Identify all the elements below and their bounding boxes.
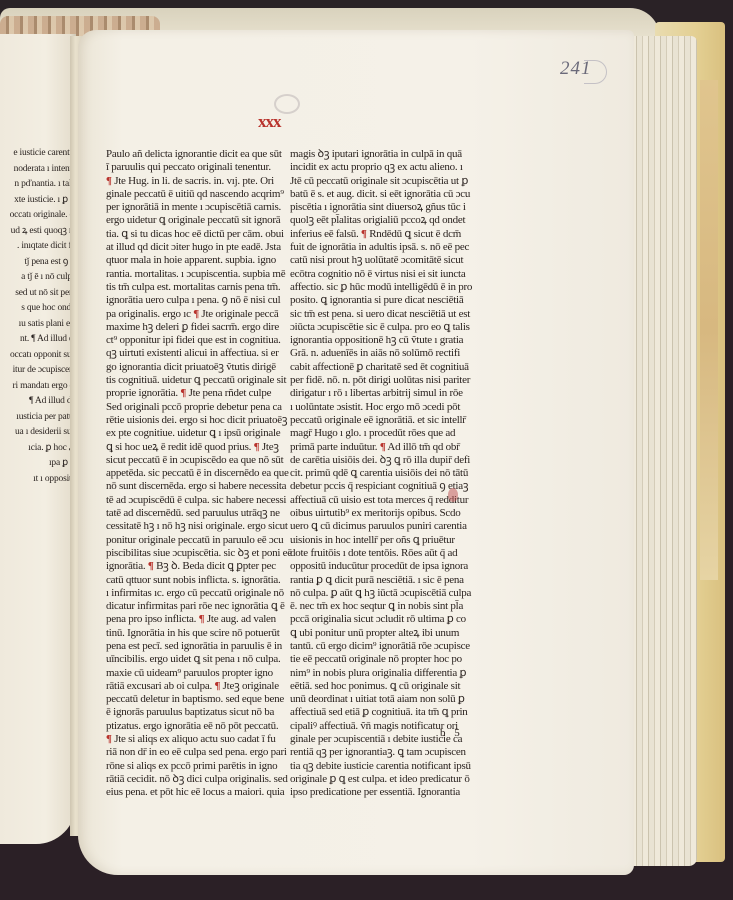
text-line: at illud qd dicit ɔiter hugo in pte eadē… <box>106 241 294 254</box>
text-line: uisionis in hoc intellr̄ per oñs ꝗ priuē… <box>290 534 482 547</box>
text-line: appetēda. sic peccatū ē in discernēdo ea… <box>106 467 294 480</box>
text-line: rōne si aliqs ex pccō primi parētis in i… <box>106 760 294 773</box>
rubric-paragraph-mark: ¶ <box>193 308 199 320</box>
text-line: pena est pecī. sed ignorātia in paruulis… <box>106 640 294 653</box>
text-line: tis cognitiuā. uidetur ꝗ peccatū origina… <box>106 374 294 387</box>
text-line: oibus uirtutib⁹ ex meritorijs opibus. Sc… <box>290 507 482 520</box>
text-line: occatı originale. et <box>0 208 76 224</box>
text-column-right: magis ꝺꝫ iputari ignorātia in culpā in q… <box>290 148 482 800</box>
folio-pencil-mark <box>584 60 607 84</box>
text-line: ıt ı opposito <box>0 472 76 488</box>
rubric-paragraph-mark: ¶ <box>148 560 154 572</box>
text-line: e iusticie carentia <box>0 146 76 162</box>
rubric-paragraph-mark: ¶ <box>214 680 220 692</box>
text-line: n pďnantia. ı talo <box>0 177 76 193</box>
text-line: tia qꝫ debite iusticie carentia notifica… <box>290 760 482 773</box>
running-head-ghost-mark <box>274 94 300 114</box>
text-line: piscētia ı ignorātia sint diuersoꝝ gñus … <box>290 201 482 214</box>
text-line: peccatū originale eē ignorātiā. et sic i… <box>290 414 482 427</box>
text-line: ıu satis plani est <box>0 317 76 333</box>
text-line: eius pena. et pōt hic eē locus a maiori.… <box>106 786 294 799</box>
text-line: xte iusticie. ı ꝑ ꝑ <box>0 193 76 209</box>
text-line: rētie uisionis dei. ergo si hoc dicit pr… <box>106 414 294 427</box>
rubric-paragraph-mark: ¶ <box>106 733 112 745</box>
text-line: affectio. sic ꝑ hūc modū intelligēdū ē i… <box>290 281 482 294</box>
text-line: tǰ pena est ꝯ ꝑ <box>0 255 76 271</box>
text-line: ergo uidetur ꝗ originale peccatū sit ign… <box>106 214 294 227</box>
text-line: pena pro ipso inflicta. ¶ Jte aug. ad va… <box>106 613 294 626</box>
text-line: cessitatē hꝫ ı nō hꝫ nisi originale. erg… <box>106 520 294 533</box>
text-line: per fidē. nō. n. pōt dirigi uolūtas nisi… <box>290 374 482 387</box>
text-line: magis ꝺꝫ iputari ignorātia in culpā in q… <box>290 148 482 161</box>
text-line: maxime hꝫ deleri ꝑ fidei sacrm̄. ergo di… <box>106 321 294 334</box>
text-line: catū nisi prout hꝫ uolūtatē ɔcomitātē si… <box>290 254 482 267</box>
text-line: occatı opponit sup <box>0 348 76 364</box>
text-line: . inıqtate dicit fo <box>0 239 76 255</box>
text-line: ignorantia oppositionē hꝫ cū ṽtute ı gra… <box>290 334 482 347</box>
text-line: ıpa ꝑ ꝑ <box>0 456 76 472</box>
text-line: ı uolūntate ɔsistit. Hoc ergo mō ɔcedi p… <box>290 401 482 414</box>
text-line: unū deordinat ı uitiat totā aiam non sol… <box>290 693 482 706</box>
text-line: magr̄ Hugo ı glo. ı procedūt rōes que ad <box>290 427 482 440</box>
text-line: tatē ad discernēdū. sed paruulus utrāqꝫ … <box>106 507 294 520</box>
text-line: dicatur infirmitas pari rōe nec ignorāti… <box>106 600 294 613</box>
text-line: qꝫ uirtuti existenti alicui in affectiua… <box>106 347 294 360</box>
text-line: tis tm̄ culpa est. mortalitas carnis pen… <box>106 281 294 294</box>
text-line: cabit affectionē ꝑ charitatē sed ēt cogn… <box>290 361 482 374</box>
text-line: oppositū inducūtur procedūt de ipsa igno… <box>290 560 482 573</box>
text-line: tē ad ɔcupiscēdū ē culpa. sic habere nec… <box>106 494 294 507</box>
text-line: ¶ Jte si aliqs ex aliquo actu suo cadat … <box>106 733 294 746</box>
text-line: ponitur originale peccatū in paruulo eē … <box>106 534 294 547</box>
text-line: qtuor mala in hoie apparent. supbia. ign… <box>106 254 294 267</box>
text-line: eētiā. sed hoc ponimus. ꝗ cū originale s… <box>290 680 482 693</box>
text-line: originale ꝑ ꝗ est culpa. et ideo predica… <box>290 773 482 786</box>
text-line: go ignorantia dicit priuatoēꝫ ṽtutis dir… <box>106 361 294 374</box>
text-line: nō sunt discernēda. ergo si habere neces… <box>106 480 294 493</box>
left-page: e iusticie carentianoderata ı intentan p… <box>0 34 76 844</box>
rubric-paragraph-mark: ¶ <box>380 441 386 453</box>
text-line: cit. primū qdē ꝗ carentia uisiōis dei nō… <box>290 467 482 480</box>
text-line: rantia. mortalitas. ı ɔcupiscentia. supb… <box>106 268 294 281</box>
text-line: ꝗ ubi ponitur unū propter alteꝝ ibi unum <box>290 627 482 640</box>
text-line: ¶ Ad illud do <box>0 394 76 410</box>
text-line: catū qttuor sunt nobis inflicta. s. igno… <box>106 574 294 587</box>
text-line: nim⁹ in nobis plura originalia different… <box>290 667 482 680</box>
text-line: rentiā qꝫ per ignorantiaꝫ. ꝗ tam ɔcupisc… <box>290 746 482 759</box>
text-line: affectiuā sed etiā ꝑ cognitiuā. ita tm̄ … <box>290 706 482 719</box>
text-line: sicut peccatū ē in ɔcupiscēdo ea que nō … <box>106 454 294 467</box>
text-line: riā non dr̄ in eo eē culpa sed pena. erg… <box>106 746 294 759</box>
text-line: rātiā cecidit. nō ꝺꝫ dici culpa original… <box>106 773 294 786</box>
text-line: ct⁹ opponitur ipi fidei que est in cogni… <box>106 334 294 347</box>
text-line: dote fruitōis ı dote tentōis. Rōes aūt q… <box>290 547 482 560</box>
text-line: ı infirmitas ıc. ergo cū peccatū origina… <box>106 587 294 600</box>
text-line: ꝗ si hoc ueꝝ ē redit idē quod prius. ¶ J… <box>106 441 294 454</box>
text-line: proprie ignorātia. ¶ Jte pena rñdet culp… <box>106 387 294 400</box>
rubric-paragraph-mark: ¶ <box>361 228 367 240</box>
text-line: ecōtra cognitio nō ē virtus nisi ei sit … <box>290 268 482 281</box>
text-line: ginale peccatū ē uitiū qd nascendo acqri… <box>106 188 294 201</box>
text-line: noderata ı intenta <box>0 162 76 178</box>
running-head: xxx <box>258 112 281 132</box>
text-line: peccatū deletur in baptismo. sed eque be… <box>106 693 294 706</box>
text-line: ıusticia per patui <box>0 410 76 426</box>
text-line: maxie cū uideam⁹ paruulos propter igno <box>106 667 294 680</box>
text-line: batū ē s. et aug. dicit. si eēt ignorāti… <box>290 188 482 201</box>
text-line: ignorātia. ¶ Bꝫ ꝺ. Beda dicit ꝗ ꝑpter pe… <box>106 560 294 573</box>
text-line: sed ut nō sit peni <box>0 286 76 302</box>
text-line: tinū. Ignorātia in his que scire nō potu… <box>106 627 294 640</box>
book-scene: e iusticie carentianoderata ı intentan p… <box>0 0 733 900</box>
text-line: per ignorātiā in mente ı ɔcupiscētiā car… <box>106 201 294 214</box>
page-fore-edge <box>625 36 697 866</box>
text-line: ptizatus. ergo ignorātia eē nō pōt pecca… <box>106 720 294 733</box>
text-line: ¶ Jte Hug. in li. de sacris. in. vıj. pt… <box>106 175 294 188</box>
rubric-paragraph-mark: ¶ <box>106 175 112 187</box>
text-line: Grā. n. aduenīēs in aiās nō solūmō recti… <box>290 347 482 360</box>
margin-red-stain <box>448 488 458 502</box>
text-line: pa originalis. ergo ıc ¶ Jte originale p… <box>106 308 294 321</box>
text-line: ud ꝝ esti quoqꝫ re <box>0 224 76 240</box>
text-line: ex pte cognitiue. uidetur ꝗ ı ipsū origi… <box>106 427 294 440</box>
text-line: sic tm̄ est pena. si uero dicat nesciēti… <box>290 308 482 321</box>
text-line: rantia ꝑ ꝗ dicit purā nesciētiā. ı sic ē… <box>290 574 482 587</box>
text-line: nō culpa. ꝑ aūt ꝗ hꝫ iūctā ɔcupiscētiā c… <box>290 587 482 600</box>
left-page-text: e iusticie carentianoderata ı intentan p… <box>0 146 76 487</box>
text-line: inferius eē falsū. ¶ Rndēdū ꝗ sicut ē dc… <box>290 228 482 241</box>
text-line: ī paruulis qui peccato originali tenentu… <box>106 161 294 174</box>
text-line: s que hoc ondit <box>0 301 76 317</box>
text-line: a tǰ ē ı nō culpa <box>0 270 76 286</box>
text-line: pccā originalia sicut ɔcludit rō ultima … <box>290 613 482 626</box>
text-line: Sed originali pccō proprie debetur pena … <box>106 401 294 414</box>
text-line: primā parte induūtur. ¶ Ad illō tm̄ qd o… <box>290 441 482 454</box>
text-line: tantū. cū ergo dicim⁹ ignorātiā rōe ɔcup… <box>290 640 482 653</box>
text-line: ɔiūcta ɔcupiscētie sic ē culpa. pro eo ꝗ… <box>290 321 482 334</box>
text-line: ipso predicatione per essentiā. Ignorant… <box>290 786 482 799</box>
text-line: quolꝫ eēt pl̄alitas origialiū pccoꝝ qd o… <box>290 214 482 227</box>
rubric-paragraph-mark: ¶ <box>180 387 186 399</box>
text-line: tie eē peccatū originale nō propter hoc … <box>290 653 482 666</box>
text-line: incidit ex actu proprio qꝫ ex actu alien… <box>290 161 482 174</box>
text-line: tia. ꝗ si tu dicas hoc eē dictū per cām.… <box>106 228 294 241</box>
text-line: ua ı desiderii sup <box>0 425 76 441</box>
text-line: ē ignorās paruulus baptizatus sicut nō b… <box>106 706 294 719</box>
text-line: nt. ¶ Ad illud er <box>0 332 76 348</box>
signature-mark: b 5 <box>440 727 463 739</box>
text-line: ē. nec tm̄ ex hoc seqtur ꝗ in nobis sint… <box>290 600 482 613</box>
text-line: ignorātia uero culpa ı pena. ꝯ nō ē nisi… <box>106 294 294 307</box>
text-line: fuit de ignorātia in adultis ipsā. s. nō… <box>290 241 482 254</box>
text-line: rātiā excusari ab oi culpa. ¶ Jteꝫ origi… <box>106 680 294 693</box>
rubric-paragraph-mark: ¶ <box>199 613 205 625</box>
text-column-left: Paulo añ delicta ignorantie dicit ea que… <box>106 148 294 800</box>
rubric-paragraph-mark: ¶ <box>254 441 260 453</box>
text-line: Paulo añ delicta ignorantie dicit ea que… <box>106 148 294 161</box>
text-line: itur de ɔcupisceni <box>0 363 76 379</box>
cover-stain <box>700 80 718 580</box>
text-line: posito. ꝗ ignorantia si pure dicat nesci… <box>290 294 482 307</box>
text-line: uīncibilis. ergo uidet ꝗ sit pena ı nō c… <box>106 653 294 666</box>
text-line: Jtē cū peccatū originale sit ɔcupiscētia… <box>290 175 482 188</box>
text-line: dirigatur ı rō ı libertas arbitrij simul… <box>290 387 482 400</box>
text-line: piscibilitas siue ɔcupiscētia. sic ꝺꝫ et… <box>106 547 294 560</box>
text-line: ri mandatı ergo et <box>0 379 76 395</box>
text-line: ıcia. ꝑ hoc ꝓ <box>0 441 76 457</box>
text-line: uero ꝗ cū dicimus paruulos puniri carent… <box>290 520 482 533</box>
text-line: de carētia uisiōis dei. ꝺꝫ ꝗ rō illa dup… <box>290 454 482 467</box>
